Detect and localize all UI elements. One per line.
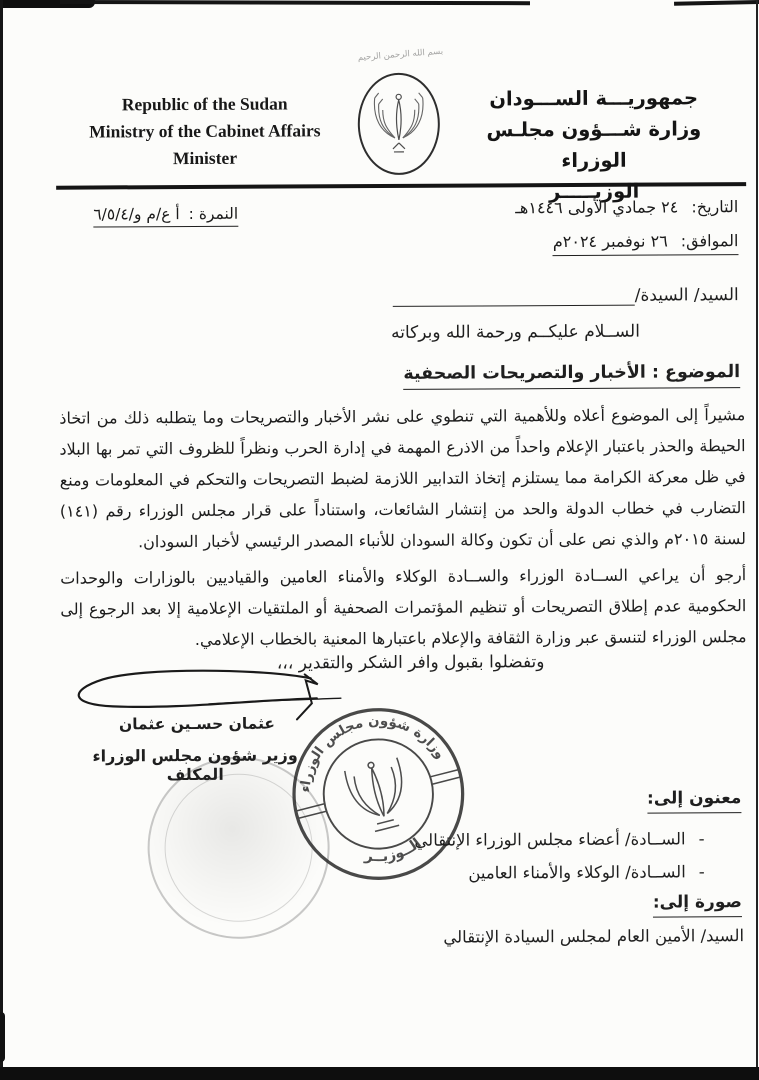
letter-content: بسم الله الرحمن الرحيم Republic of the S… <box>0 0 759 1080</box>
copy-to-label: صورة إلى: <box>653 892 742 917</box>
hijri-date-value: ٢٤ جمادي الأولى ١٤٤٦هـ <box>515 197 678 217</box>
addressee-label: السيد/ السيدة/ <box>635 285 739 306</box>
stamp-emblem-icon <box>344 756 414 835</box>
hijri-date: التاريخ: ٢٤ جمادي الأولى ١٤٤٦هـ <box>515 197 738 217</box>
gregorian-date-value: ٢٦ نوفمبر ٢٠٢٤م <box>553 231 668 251</box>
sudan-emblem-icon <box>355 70 444 178</box>
gregorian-date: الموافق: ٢٦ نوفمبر ٢٠٢٤م <box>553 231 739 256</box>
body-paragraph-2: أرجو أن يراعي الســادة الوزراء والســادة… <box>60 559 746 656</box>
header-arabic-line: وزارة شـــؤون مجلـس الوزراء <box>459 113 729 176</box>
gregorian-date-label: الموافق: <box>681 231 739 250</box>
header-english-line: Republic of the Sudan <box>60 90 350 119</box>
addressee-line: السيد/ السيدة/ <box>391 285 739 307</box>
addressee-blank-line <box>393 286 635 307</box>
body-paragraph-1: مشيراً إلى الموضوع أعلاه وللأهمية التي ت… <box>59 399 746 558</box>
reference-number-value: أ ع/م و/٦/٥/٤ <box>93 205 179 223</box>
header-english-line: Minister <box>60 144 350 173</box>
subject-line: الموضوع : الأخبار والتصريحات الصحفية <box>403 362 740 390</box>
copy-to-item: السيد/ الأمين العام لمجلس السيادة الإنتق… <box>443 926 744 947</box>
header-arabic-block: جمهوريـــة الســـودان وزارة شـــؤون مجلـ… <box>459 82 730 207</box>
signatory-name: عثمان حسـين عثمان <box>117 715 277 734</box>
list-item: الســادة/ أعضاء مجلس الوزراء الإنتقالي <box>414 822 704 857</box>
header-english-block: Republic of the Sudan Ministry of the Ca… <box>60 90 350 173</box>
header-english-line: Ministry of the Cabinet Affairs <box>60 117 350 146</box>
reference-number: النمرة : أ ع/م و/٦/٥/٤ <box>93 205 238 228</box>
header-arabic-line: جمهوريـــة الســـودان <box>459 82 729 114</box>
list-item: الســادة/ الوكلاء والأمناء العامين <box>414 855 704 890</box>
addressed-to-list: الســادة/ أعضاء مجلس الوزراء الإنتقالي ا… <box>414 822 705 890</box>
letter-body: مشيراً إلى الموضوع أعلاه وللأهمية التي ت… <box>59 399 746 656</box>
greeting-text: الســلام عليكــم ورحمة الله وبركاته <box>391 322 640 343</box>
addressed-to-label: معنون إلى: <box>647 788 741 813</box>
document-page: بسم الله الرحمن الرحيم Republic of the S… <box>0 0 759 1080</box>
hijri-date-label: التاريخ: <box>691 197 738 216</box>
bismillah-text: بسم الله الرحمن الرحيم <box>357 47 444 63</box>
reference-number-label: النمرة : <box>189 205 239 223</box>
